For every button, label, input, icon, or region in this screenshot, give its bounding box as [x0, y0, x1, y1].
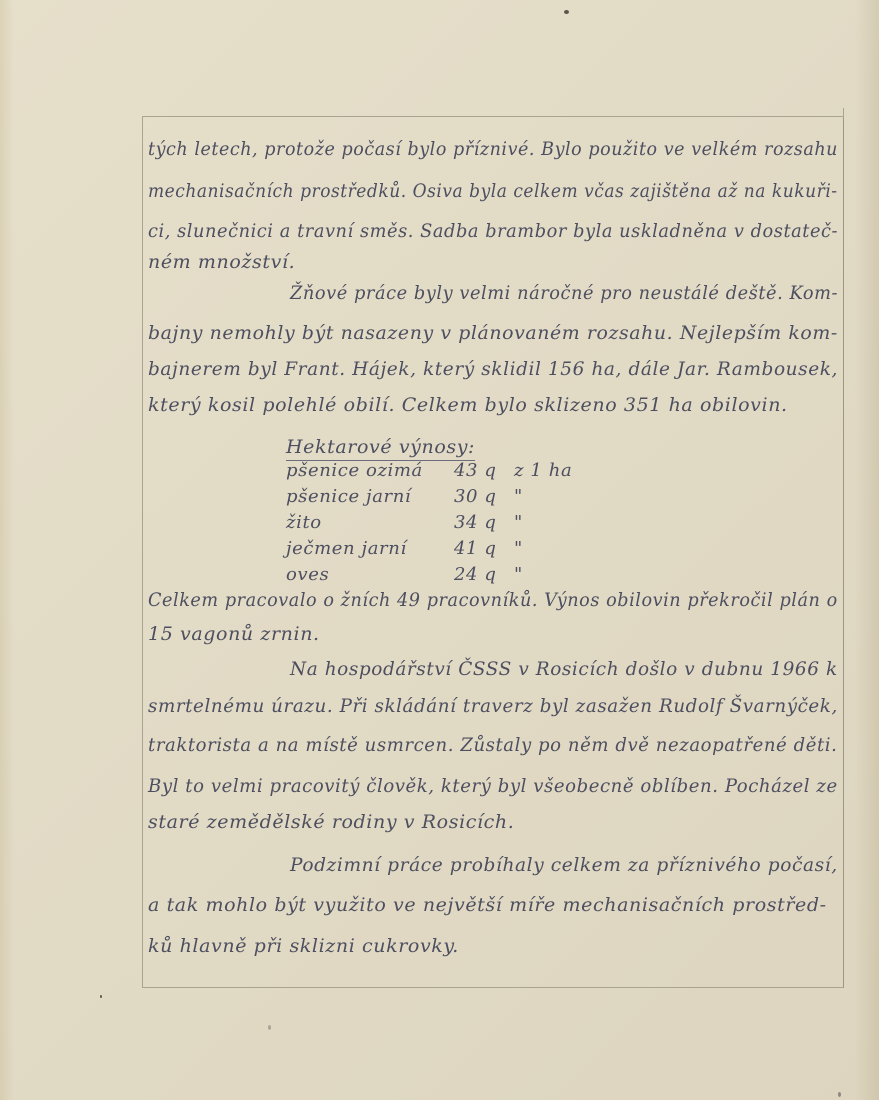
page-edge-right — [855, 0, 879, 1100]
page-edge-left — [0, 0, 14, 1100]
ditto-mark: " — [514, 564, 523, 585]
yield-unit: z 1 ha — [514, 460, 572, 481]
yield-row: pšenice ozimá 43 q z 1 ha — [286, 460, 586, 484]
text-line: 15 vagonů zrnin. — [148, 625, 320, 644]
paragraph-start: Žňové práce byly velmi náročné pro neust… — [290, 284, 838, 303]
crop-name: oves — [286, 564, 329, 585]
ditto-mark: " — [514, 486, 523, 507]
yield-row: pšenice jarní 30 q " — [286, 486, 586, 510]
crop-yield: 30 q — [454, 486, 497, 507]
crop-yield: 41 q — [454, 538, 497, 559]
ditto-mark: " — [514, 538, 523, 559]
crop-yield: 24 q — [454, 564, 497, 585]
text-line: Celkem pracovalo o žních 49 pracovníků. … — [148, 591, 838, 610]
text-line: ci, slunečnici a travní směs. Sadba bram… — [148, 222, 838, 241]
text-line: tých letech, protože počasí bylo přízniv… — [148, 140, 838, 159]
ink-speck — [564, 10, 569, 14]
yield-row: žito 34 q " — [286, 512, 586, 536]
ink-speck — [838, 1092, 841, 1097]
text-line: bajny nemohly být nasazeny v plánovaném … — [148, 324, 838, 343]
text-line: který kosil polehlé obilí. Celkem bylo s… — [148, 396, 788, 415]
crop-name: pšenice jarní — [286, 486, 411, 507]
yield-row: ječmen jarní 41 q " — [286, 538, 586, 562]
ink-speck — [100, 995, 102, 998]
text-line: a tak mohlo být využito ve největší míře… — [148, 896, 827, 915]
text-line: bajnerem byl Frant. Hájek, který sklidil… — [148, 360, 838, 379]
crop-yield: 34 q — [454, 512, 497, 533]
ditto-mark: " — [514, 512, 523, 533]
text-line: Byl to velmi pracovitý člověk, který byl… — [148, 777, 838, 796]
text-line: staré zemědělské rodiny v Rosicích. — [148, 813, 514, 832]
text-line: smrtelnému úrazu. Při skládání traverz b… — [148, 697, 838, 716]
yield-table-title: Hektarové výnosy: — [286, 436, 475, 461]
text-line: mechanisačních prostředků. Osiva byla ce… — [148, 182, 838, 201]
ink-speck — [268, 1025, 271, 1030]
text-line: ků hlavně při sklizni cukrovky. — [148, 937, 459, 956]
text-line: ném množství. — [148, 253, 295, 272]
frame-tick — [843, 108, 844, 118]
crop-yield: 43 q — [454, 460, 497, 481]
yield-row: oves 24 q " — [286, 564, 586, 588]
paragraph-start: Na hospodářství ČSSS v Rosicích došlo v … — [290, 660, 838, 679]
text-line: traktorista a na místě usmrcen. Zůstaly … — [148, 736, 837, 755]
crop-name: žito — [286, 512, 322, 533]
paragraph-start: Podzimní práce probíhaly celkem za přízn… — [290, 856, 838, 875]
crop-name: ječmen jarní — [286, 538, 407, 559]
crop-name: pšenice ozimá — [286, 460, 423, 481]
